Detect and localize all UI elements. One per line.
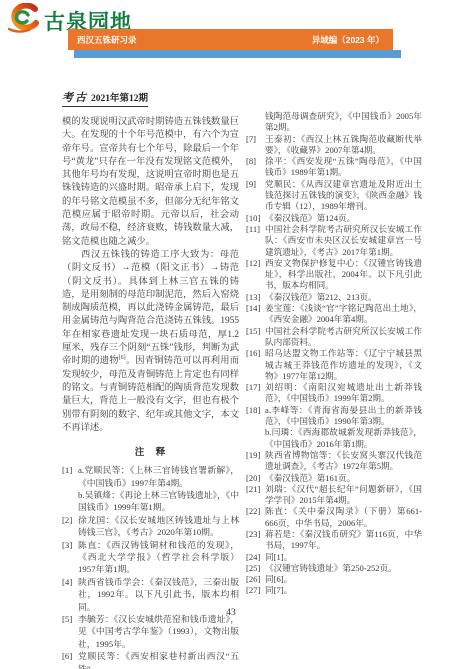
paragraph-text: 西汉五铢钱的铸造工序大致为：母范（阴文反书）→范模（阳文正书）→铸范（阴文反书）…	[62, 250, 239, 366]
note-number: [5]	[62, 613, 78, 650]
note-text: 陈直：《关中秦汉陶录》（下册）第661-666页，中华书局，2006年。	[265, 506, 422, 529]
note-number: [15]	[246, 326, 265, 349]
notes-section-title: 注 释	[62, 444, 239, 458]
note-number: [2]	[62, 514, 78, 539]
note-item-21: [21] 刘瑞：《汉代“超长纪年”问题新研》，《国学学刊》2015年第4期。	[246, 484, 422, 507]
left-column: 考古2021年第12期 模的发现说明汉武帝时期铸造五铢钱数量巨大。在发现的十个年…	[62, 88, 239, 669]
note-number: [26]	[246, 574, 265, 585]
note-item-23: [23] 蒋若是：《秦汉钱币研究》第116页，中华书局，1997年。	[246, 529, 422, 552]
journal-issue: 2021年第12期	[91, 94, 148, 104]
note-item-18: [18] a.李峰等：《青海省海晏县出土的新莽钱范》，《中国钱币》1990年第3…	[246, 405, 422, 450]
note-item-14: [14] 姜宝莲：《浅谈“官”字铭记陶范出土地》，《西安金融》2004年第4期。	[246, 303, 422, 326]
journal-header: 考古2021年第12期	[62, 89, 148, 107]
paragraph-text: 。因青铜铸范可以再利用而发现较少，母范及青铜铸范上肯定也有同样的铭文。与青铜铸范…	[62, 356, 239, 432]
note-text: a.党顺民等：《上林三官铸钱官署新解》，《中国钱币》1997年第4期。 b.吴镇…	[78, 464, 239, 514]
note-text: 刘绍明：《南阳汉宛城遗址出土新莽钱范》，《中国钱币》1999年第2期。	[265, 382, 422, 405]
note-item-3: [3] 陈直：《西汉铸钱铜材和钱范的发现》，《西北大学学报》（哲学社会科学版）1…	[62, 539, 239, 576]
note-text: 中国社会科学院考古研究所汉长安城工作队内部资料。	[265, 326, 422, 349]
note-item-7: [7] 王泰初：《西汉上林五铢陶范收藏断代举要》，《收藏界》2007年第4期。	[246, 134, 422, 157]
note-item-5: [5] 李毓芳：《汉长安城烘范窑和钱币遗址》，见《中国考古学年鉴》（1993），…	[62, 613, 239, 650]
note-number: [23]	[246, 529, 265, 552]
book-title-banner: 西汉五铢研习录 异域编（2023 年）	[68, 29, 393, 50]
note-number: [17]	[246, 382, 265, 405]
note-text: 党顺民等：《西安相家巷村新出西汉“五铢”	[78, 650, 239, 669]
note-item-8: [8] 徐平：《西安发现“五铢”陶母范》，《中国钱币》1989年第1期。	[246, 156, 422, 179]
note-number: [14]	[246, 303, 265, 326]
note-number: [20]	[246, 473, 265, 484]
note-number: [12]	[246, 258, 265, 292]
note-number: [11]	[246, 224, 265, 258]
banner-edition: 异域编（2023 年）	[312, 34, 384, 46]
note-item-2: [2] 徐龙国：《汉长安城地区铸钱遗址与上林铸钱三官》，《考古》2020年第10…	[62, 514, 239, 539]
note-number: [25]	[246, 563, 265, 574]
note-text: 李毓芳：《汉长安城烘范窑和钱币遗址》，见《中国考古学年鉴》（1993），文物出版…	[78, 613, 239, 650]
note-item-20: [20] 《秦汉钱范》第161页。	[246, 473, 422, 484]
note-item-24: [24] 同[1]。	[246, 552, 422, 563]
note-number: [1]	[62, 464, 78, 514]
note-item-10: [10] 《秦汉钱范》第124页。	[246, 213, 422, 224]
note-item-27: [27] 同[7]。	[246, 585, 422, 596]
note-text: 党顺民：《从西汉建章宫遗址及附近出土钱范探讨五铢钱的演变》，《陕西金融》钱币专辑…	[265, 179, 422, 213]
note-number: [16]	[246, 348, 265, 382]
note-text: 中国社会科学院考古研究所汉长安城工作队：《西安市未央区汉长安城建章宫一号建筑遗址…	[265, 224, 422, 258]
note-number: [3]	[62, 539, 78, 576]
note-text: 徐平：《西安发现“五铢”陶母范》，《中国钱币》1989年第1期。	[265, 156, 422, 179]
note-item-12: [12] 西安文物保护修复中心：《汉锺官铸钱遗址》，科学出版社，2004年。以下…	[246, 258, 422, 292]
note-text: 姜宝莲：《浅谈“官”字铭记陶范出土地》，《西安金融》2004年第4期。	[265, 303, 422, 326]
journal-name: 考古	[62, 92, 88, 104]
note-number: [22]	[246, 506, 265, 529]
note-text: 蒋若是：《秦汉钱币研究》第116页，中华书局，1997年。	[265, 529, 422, 552]
note-number: [21]	[246, 484, 265, 507]
note-text: 《秦汉钱范》第124页。	[265, 213, 422, 224]
page-number: 43	[0, 608, 462, 618]
right-column: 钱陶范母调查研究》，《中国钱币》2005年第2期。 [7] 王泰初：《西汉上林五…	[246, 111, 422, 597]
note-number: [13]	[246, 292, 265, 303]
note-item-15: [15] 中国社会科学院考古研究所汉长安城工作队内部资料。	[246, 326, 422, 349]
note-item-17: [17] 刘绍明：《南阳汉宛城遗址出土新莽钱范》，《中国钱币》1999年第2期。	[246, 382, 422, 405]
footnote-ref-6: [6]	[119, 355, 126, 361]
note-text: 王泰初：《西汉上林五铢陶范收藏断代举要》，《收藏界》2007年第4期。	[265, 134, 422, 157]
note-text: 刘瑞：《汉代“超长纪年”问题新研》，《国学学刊》2015年第4期。	[265, 484, 422, 507]
note-text: 陕西省博物馆等：《长安窝头寨汉代钱范遗址调查》，《考古》1972年第5期。	[265, 450, 422, 473]
note-number: [19]	[246, 450, 265, 473]
banner-book-title: 西汉五铢研习录	[77, 34, 137, 46]
note-text: 同[6]。	[265, 574, 422, 585]
banner-underline-bar	[74, 50, 401, 58]
note-text: a.李峰等：《青海省海晏县出土的新莽钱范》，《中国钱币》1990年第3期。 b.…	[265, 405, 422, 450]
note-item-13: [13] 《秦汉钱范》第212、213页。	[246, 292, 422, 303]
note-number: [9]	[246, 179, 265, 213]
note-item-1: [1] a.党顺民等：《上林三官铸钱官署新解》，《中国钱币》1997年第4期。 …	[62, 464, 239, 514]
paragraph-mold-discovery: 模的发现说明汉武帝时期铸造五铢钱数量巨大。在发现的十个年号范模中，有六个为宣帝年…	[62, 116, 239, 249]
note-item-6: [6] 党顺民等：《西安相家巷村新出西汉“五铢”	[62, 650, 239, 669]
note-6-continuation: 钱陶范母调查研究》，《中国钱币》2005年第2期。	[265, 111, 422, 134]
note-number: [27]	[246, 585, 265, 596]
note-text: 徐龙国：《汉长安城地区铸钱遗址与上林铸钱三官》，《考古》2020年第10期。	[78, 514, 239, 539]
note-text: 《秦汉钱范》第212、213页。	[265, 292, 422, 303]
note-number: [7]	[246, 134, 265, 157]
note-number: [8]	[246, 156, 265, 179]
note-text: 昭乌达盟文物工作站等：《辽宁宁城县黑城古城王莽钱范作坊遗址的发现》，《文物》19…	[265, 348, 422, 382]
note-number: [24]	[246, 552, 265, 563]
note-item-19: [19] 陕西省博物馆等：《长安窝头寨汉代钱范遗址调查》，《考古》1972年第5…	[246, 450, 422, 473]
note-text: 《汉锺官铸钱遗址》第250-252页。	[265, 563, 422, 574]
paragraph-casting-process: 西汉五铢钱的铸造工序大致为：母范（阴文反书）→范模（阳文正书）→铸范（阴文反书）…	[62, 249, 239, 435]
note-item-25: [25] 《汉锺官铸钱遗址》第250-252页。	[246, 563, 422, 574]
note-text: 同[1]。	[265, 552, 422, 563]
coin-swirl-icon	[5, 3, 41, 38]
note-item-22: [22] 陈直：《关中秦汉陶录》（下册）第661-666页，中华书局，2006年…	[246, 506, 422, 529]
note-item-16: [16] 昭乌达盟文物工作站等：《辽宁宁城县黑城古城王莽钱范作坊遗址的发现》，《…	[246, 348, 422, 382]
note-number: [10]	[246, 213, 265, 224]
scanned-document-page: 古泉园地 西汉五铢研习录 异域编（2023 年） 考古2021年第12期 模的发…	[0, 0, 473, 669]
note-text: 《秦汉钱范》第161页。	[265, 473, 422, 484]
note-number: [18]	[246, 405, 265, 450]
note-item-26: [26] 同[6]。	[246, 574, 422, 585]
note-text: 西安文物保护修复中心：《汉锺官铸钱遗址》，科学出版社，2004年。以下凡引此书，…	[265, 258, 422, 292]
note-number: [6]	[62, 650, 78, 669]
note-item-11: [11] 中国社会科学院考古研究所汉长安城工作队：《西安市未央区汉长安城建章宫一…	[246, 224, 422, 258]
note-item-9: [9] 党顺民：《从西汉建章宫遗址及附近出土钱范探讨五铢钱的演变》，《陕西金融》…	[246, 179, 422, 213]
note-text: 陈直：《西汉铸钱铜材和钱范的发现》，《西北大学学报》（哲学社会科学版）1957年…	[78, 539, 239, 576]
note-text: 同[7]。	[265, 585, 422, 596]
